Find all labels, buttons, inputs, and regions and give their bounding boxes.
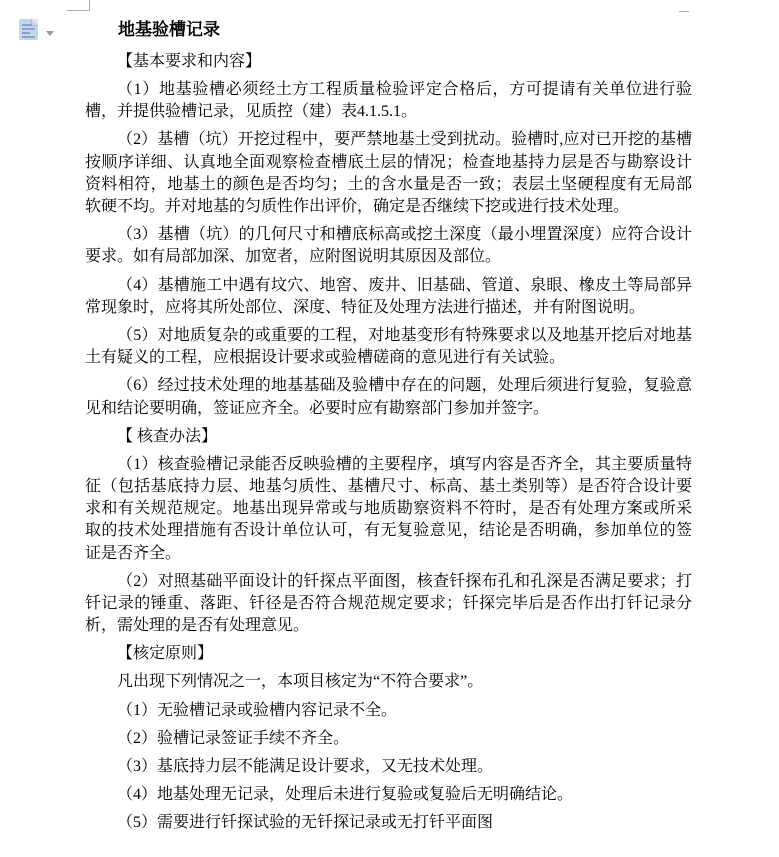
section-heading-verification-principle: 【核定原则】 <box>85 643 692 665</box>
paragraph: （2）对照基础平面设计的钎探点平面图，核查钎探布孔和孔深是否满足要求；打钎记录的… <box>85 571 692 638</box>
paste-options-icon[interactable] <box>18 17 41 47</box>
paragraph: （1）核查验槽记录能否反映验槽的主要程序，填写内容是否齐全，其主要质量特征（包括… <box>85 454 692 565</box>
paste-options-button[interactable] <box>18 17 54 47</box>
paragraph: （3）基槽（坑）的几何尺寸和槽底标高或挖土深度（最小埋置深度）应符合设计要求。如… <box>85 224 692 268</box>
margin-crop-mark-left <box>67 0 90 11</box>
paragraph: （1）无验槽记录或验槽内容记录不全。 <box>85 700 692 722</box>
paragraph: （6）经过技术处理的地基基础及验槽中存在的问题，处理后须进行复验，复验意见和结论… <box>85 375 692 419</box>
paragraph: （5）需要进行钎探试验的无钎探记录或无打钎平面图 <box>85 812 692 834</box>
section-heading-check-method: 【 核查办法】 <box>85 426 692 448</box>
paragraph: （2）基槽（坑）开挖过程中，要严禁地基土受到扰动。验槽时,应对已开挖的基槽按顺序… <box>85 129 692 218</box>
paragraph: （4）基槽施工中遇有坟穴、地窖、废井、旧基础、管道、泉眼、橡皮土等局部异常现象时… <box>85 275 692 319</box>
dropdown-arrow-icon[interactable] <box>46 31 54 36</box>
paragraph: （3）基底持力层不能满足设计要求，又无技术处理。 <box>85 756 692 778</box>
section-heading-basic-requirements: 【基本要求和内容】 <box>85 51 692 73</box>
document-page: { "page": { "smarttag": { "icon": "paste… <box>0 0 779 857</box>
paragraph: （2）验槽记录签证手续不齐全。 <box>85 728 692 750</box>
paragraph: 凡出现下列情况之一，本项目核定为“不符合要求”。 <box>85 671 692 693</box>
margin-crop-mark-right <box>679 11 689 12</box>
paragraph: （1）地基验槽必须经土方工程质量检验评定合格后，方可提请有关单位进行验槽，并提供… <box>85 79 692 123</box>
doc-title: 地基验槽记录 <box>118 18 692 42</box>
paragraph: （4）地基处理无记录，处理后未进行复验或复验后无明确结论。 <box>85 784 692 806</box>
paragraph: （5）对地质复杂的或重要的工程，对地基变形有特殊要求以及地基开挖后对地基土有疑义… <box>85 325 692 369</box>
document-content: 地基验槽记录 【基本要求和内容】 （1）地基验槽必须经土方工程质量检验评定合格后… <box>85 14 692 841</box>
